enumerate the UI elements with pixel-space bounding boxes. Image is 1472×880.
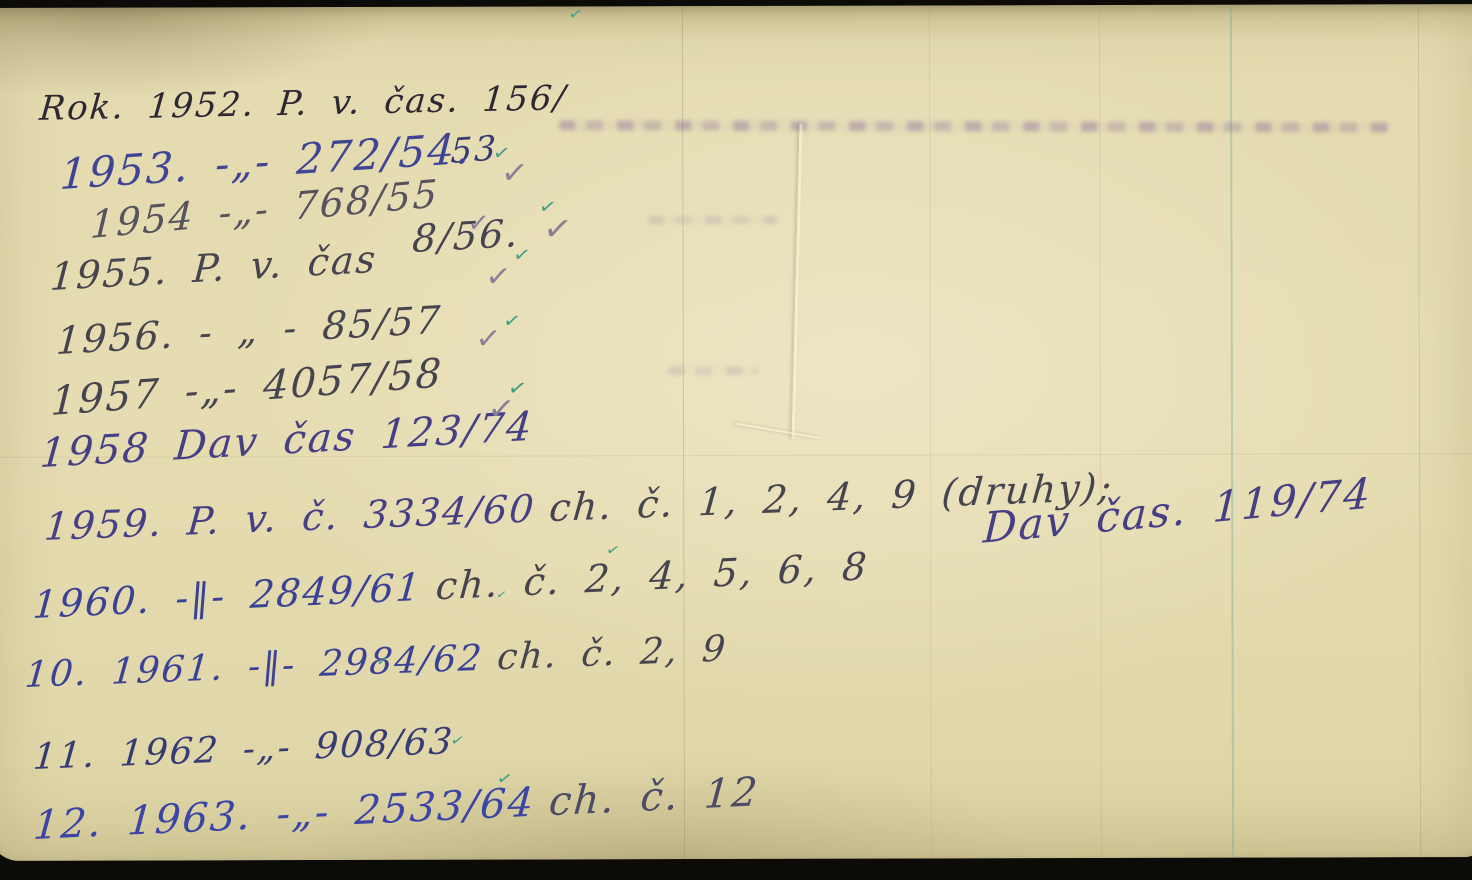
checkmark-teal-icon: ✓ xyxy=(449,731,466,750)
paper-ruling-line xyxy=(1418,4,1421,857)
entry-1952-text: Rok. 1952. P. v. čas. 156/ xyxy=(38,81,568,126)
paper-ruling-line xyxy=(1099,5,1102,858)
entry-1963: 12. 1963. -„- 2533/64ch. č. 12 xyxy=(32,772,761,846)
paper-ruling-line-green xyxy=(1230,5,1234,858)
entry-1961-chapters: ch. č. 2, 9 xyxy=(496,632,729,677)
checkmark-teal-icon: ✓ xyxy=(512,243,532,266)
ink-bleed-through xyxy=(647,216,777,224)
checkmark-gray-icon: ✓ xyxy=(475,324,503,356)
entry-1961-text: 10. 1961. -‖- 2984/62 xyxy=(24,641,485,694)
entry-1962-text: 11. 1962 -„- 908/63 xyxy=(32,724,456,776)
ink-bleed-through xyxy=(668,366,758,375)
checkmark-gray-icon: ✓ xyxy=(486,391,516,426)
entry-1960: 1960. -‖- 2849/61ch. č. 2, 4, 5, 6, 8 xyxy=(31,547,869,624)
checkmark-gray-icon: ✓ xyxy=(484,261,512,293)
entry-1959: 1959. P. v. č. 3334/60ch. č. 1, 2, 4, 9 … xyxy=(43,468,1115,546)
paper-ruling-line xyxy=(929,5,932,858)
entry-1962: 11. 1962 -„- 908/63 xyxy=(32,724,456,776)
entry-1960-text: 1960. -‖- 2849/61 xyxy=(31,568,423,624)
checkmark-teal-icon: ✓ xyxy=(567,5,583,23)
checkmark-gray-icon: ✓ xyxy=(541,211,574,249)
checkmark-teal-icon: ✓ xyxy=(502,309,522,332)
entry-1959-text: 1959. P. v. č. 3334/60 xyxy=(43,489,537,546)
entry-1955-text: 1955. P. v. čas xyxy=(49,240,379,296)
paper-crease xyxy=(736,423,819,439)
paper-crease xyxy=(792,124,803,439)
entry-1963-chapters: ch. č. 12 xyxy=(548,772,761,822)
entry-1963-text: 12. 1963. -„- 2533/64 xyxy=(32,783,537,846)
entry-1952: Rok. 1952. P. v. čas. 156/ xyxy=(38,81,568,126)
checkmark-gray-icon: ✓ xyxy=(500,155,530,190)
entry-1956: 1956. - „ - 85/57 xyxy=(55,301,443,360)
index-card-paper: Rok. 1952. P. v. čas. 156/ 53 1953. -„- … xyxy=(0,4,1472,861)
entry-1956-text: 1956. - „ - 85/57 xyxy=(55,301,443,360)
ink-bleed-through xyxy=(559,120,1389,132)
paper-ruling-line xyxy=(682,6,685,859)
checkmark-gray-icon: ✓ xyxy=(467,210,490,237)
